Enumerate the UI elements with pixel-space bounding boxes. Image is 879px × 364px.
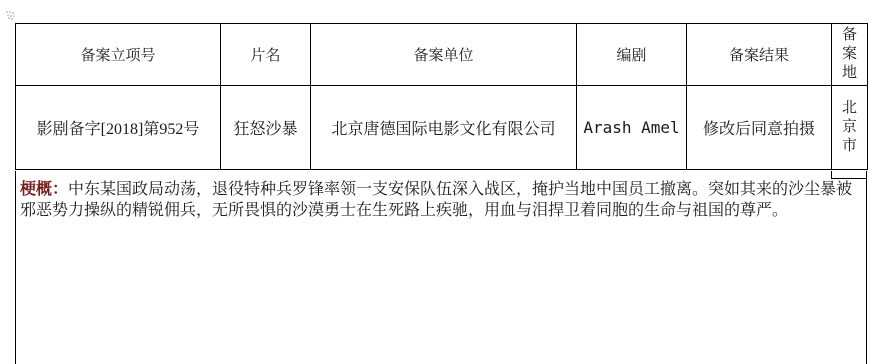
header-screenwriter: 编剧 — [577, 24, 687, 86]
synopsis-label: 梗概： — [20, 181, 68, 198]
synopsis-section: 梗概：中东某国政局动荡，退役特种兵罗锋率领一支安保队伍深入战区，掩护当地中国员工… — [15, 171, 867, 364]
header-filing-number: 备案立项号 — [16, 24, 221, 86]
top-left-artifact — [6, 11, 8, 13]
cell-film-title: 狂怒沙暴 — [221, 86, 311, 170]
header-filing-location: 备案地 — [832, 24, 868, 86]
filing-table: 备案立项号 片名 备案单位 编剧 备案结果 备案地 影剧备字[2018]第952… — [15, 23, 868, 170]
table-header-row: 备案立项号 片名 备案单位 编剧 备案结果 备案地 — [16, 24, 868, 86]
cell-filing-result: 修改后同意拍摄 — [687, 86, 832, 170]
header-filing-company: 备案单位 — [311, 24, 577, 86]
cell-filing-location: 北京市 — [832, 86, 868, 170]
film-filing-page: 备案立项号 片名 备案单位 编剧 备案结果 备案地 影剧备字[2018]第952… — [0, 0, 879, 364]
cell-screenwriter: Arash Amel — [577, 86, 687, 170]
cell-filing-location-text: 北京市 — [842, 99, 858, 156]
header-filing-location-text: 备案地 — [842, 26, 858, 83]
cell-filing-company: 北京唐德国际电影文化有限公司 — [311, 86, 577, 170]
header-film-title: 片名 — [221, 24, 311, 86]
cell-filing-number: 影剧备字[2018]第952号 — [16, 86, 221, 170]
table-row: 影剧备字[2018]第952号 狂怒沙暴 北京唐德国际电影文化有限公司 Aras… — [16, 86, 868, 170]
header-filing-result: 备案结果 — [687, 24, 832, 86]
synopsis-text: 中东某国政局动荡，退役特种兵罗锋率领一支安保队伍深入战区，掩护当地中国员工撤离。… — [20, 181, 852, 219]
